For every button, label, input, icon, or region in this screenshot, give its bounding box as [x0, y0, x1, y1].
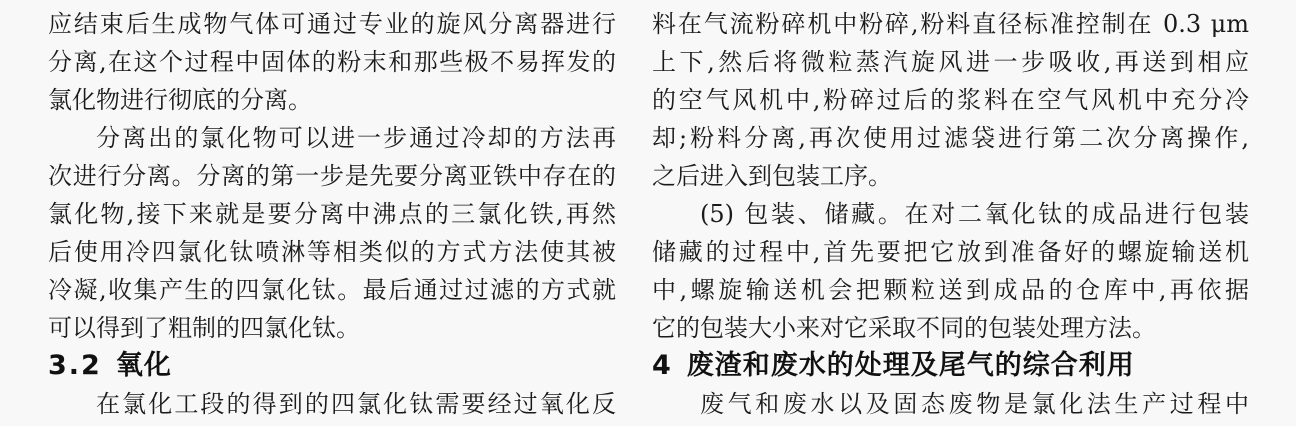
- text-line: 分离出的氯化物可以进一步通过冷却的方法再: [48, 119, 616, 157]
- section-number: 3.2: [48, 350, 102, 381]
- text-line: 上下,然后将微粒蒸汽旋风进一步吸收,再送到相应: [652, 43, 1249, 81]
- text-line: 分离,在这个过程中固体的粉末和那些极不易挥发的: [48, 43, 616, 81]
- text-line: 应结束后生成物气体可通过专业的旋风分离器进行: [48, 5, 616, 43]
- text-line: 冷凝,收集产生的四氯化钛。最后通过过滤的方式就: [48, 271, 616, 309]
- text-line: 之后进入到包装工序。: [652, 157, 1249, 195]
- section-title: 氧化: [116, 350, 172, 381]
- left-column: 应结束后生成物气体可通过专业的旋风分离器进行 分离,在这个过程中固体的粉末和那些…: [48, 5, 616, 423]
- text-line: 后使用冷四氯化钛喷淋等相类似的方式方法使其被: [48, 233, 616, 271]
- text-line: 在氯化工段的得到的四氯化钛需要经过氧化反: [48, 385, 616, 423]
- text-line: 可以得到了粗制的四氯化钛。: [48, 309, 616, 347]
- section-number: 4: [652, 350, 673, 381]
- text-line: 废气和废水以及固态废物是氯化法生产过程中: [652, 385, 1249, 423]
- text-line: 储藏的过程中,首先要把它放到准备好的螺旋输送机: [652, 233, 1249, 271]
- text-line: 却;粉料分离,再次使用过滤袋进行第二次分离操作,: [652, 119, 1249, 157]
- right-column: 料在气流粉碎机中粉碎,粉料直径标准控制在 0.3 μm 上下,然后将微粒蒸汽旋风…: [652, 5, 1249, 423]
- text-line: 的空气风机中,粉碎过后的浆料在空气风机中充分冷: [652, 81, 1249, 119]
- text-line: 中,螺旋输送机会把颗粒送到成品的仓库中,再依据: [652, 271, 1249, 309]
- section-heading: 4废渣和废水的处理及尾气的综合利用: [652, 347, 1249, 385]
- text-line: 氯化物进行彻底的分离。: [48, 81, 616, 119]
- paper-page: 应结束后生成物气体可通过专业的旋风分离器进行 分离,在这个过程中固体的粉末和那些…: [0, 0, 1296, 426]
- section-heading: 3.2氧化: [48, 347, 616, 385]
- section-title: 废渣和废水的处理及尾气的综合利用: [687, 350, 1135, 381]
- text-line: 料在气流粉碎机中粉碎,粉料直径标准控制在 0.3 μm: [652, 5, 1249, 43]
- text-line: (5) 包装、储藏。在对二氧化钛的成品进行包装: [652, 195, 1249, 233]
- text-line: 它的包装大小来对它采取不同的包装处理方法。: [652, 309, 1249, 347]
- text-line: 氯化物,接下来就是要分离中沸点的三氯化铁,再然: [48, 195, 616, 233]
- text-line: 次进行分离。分离的第一步是先要分离亚铁中存在的: [48, 157, 616, 195]
